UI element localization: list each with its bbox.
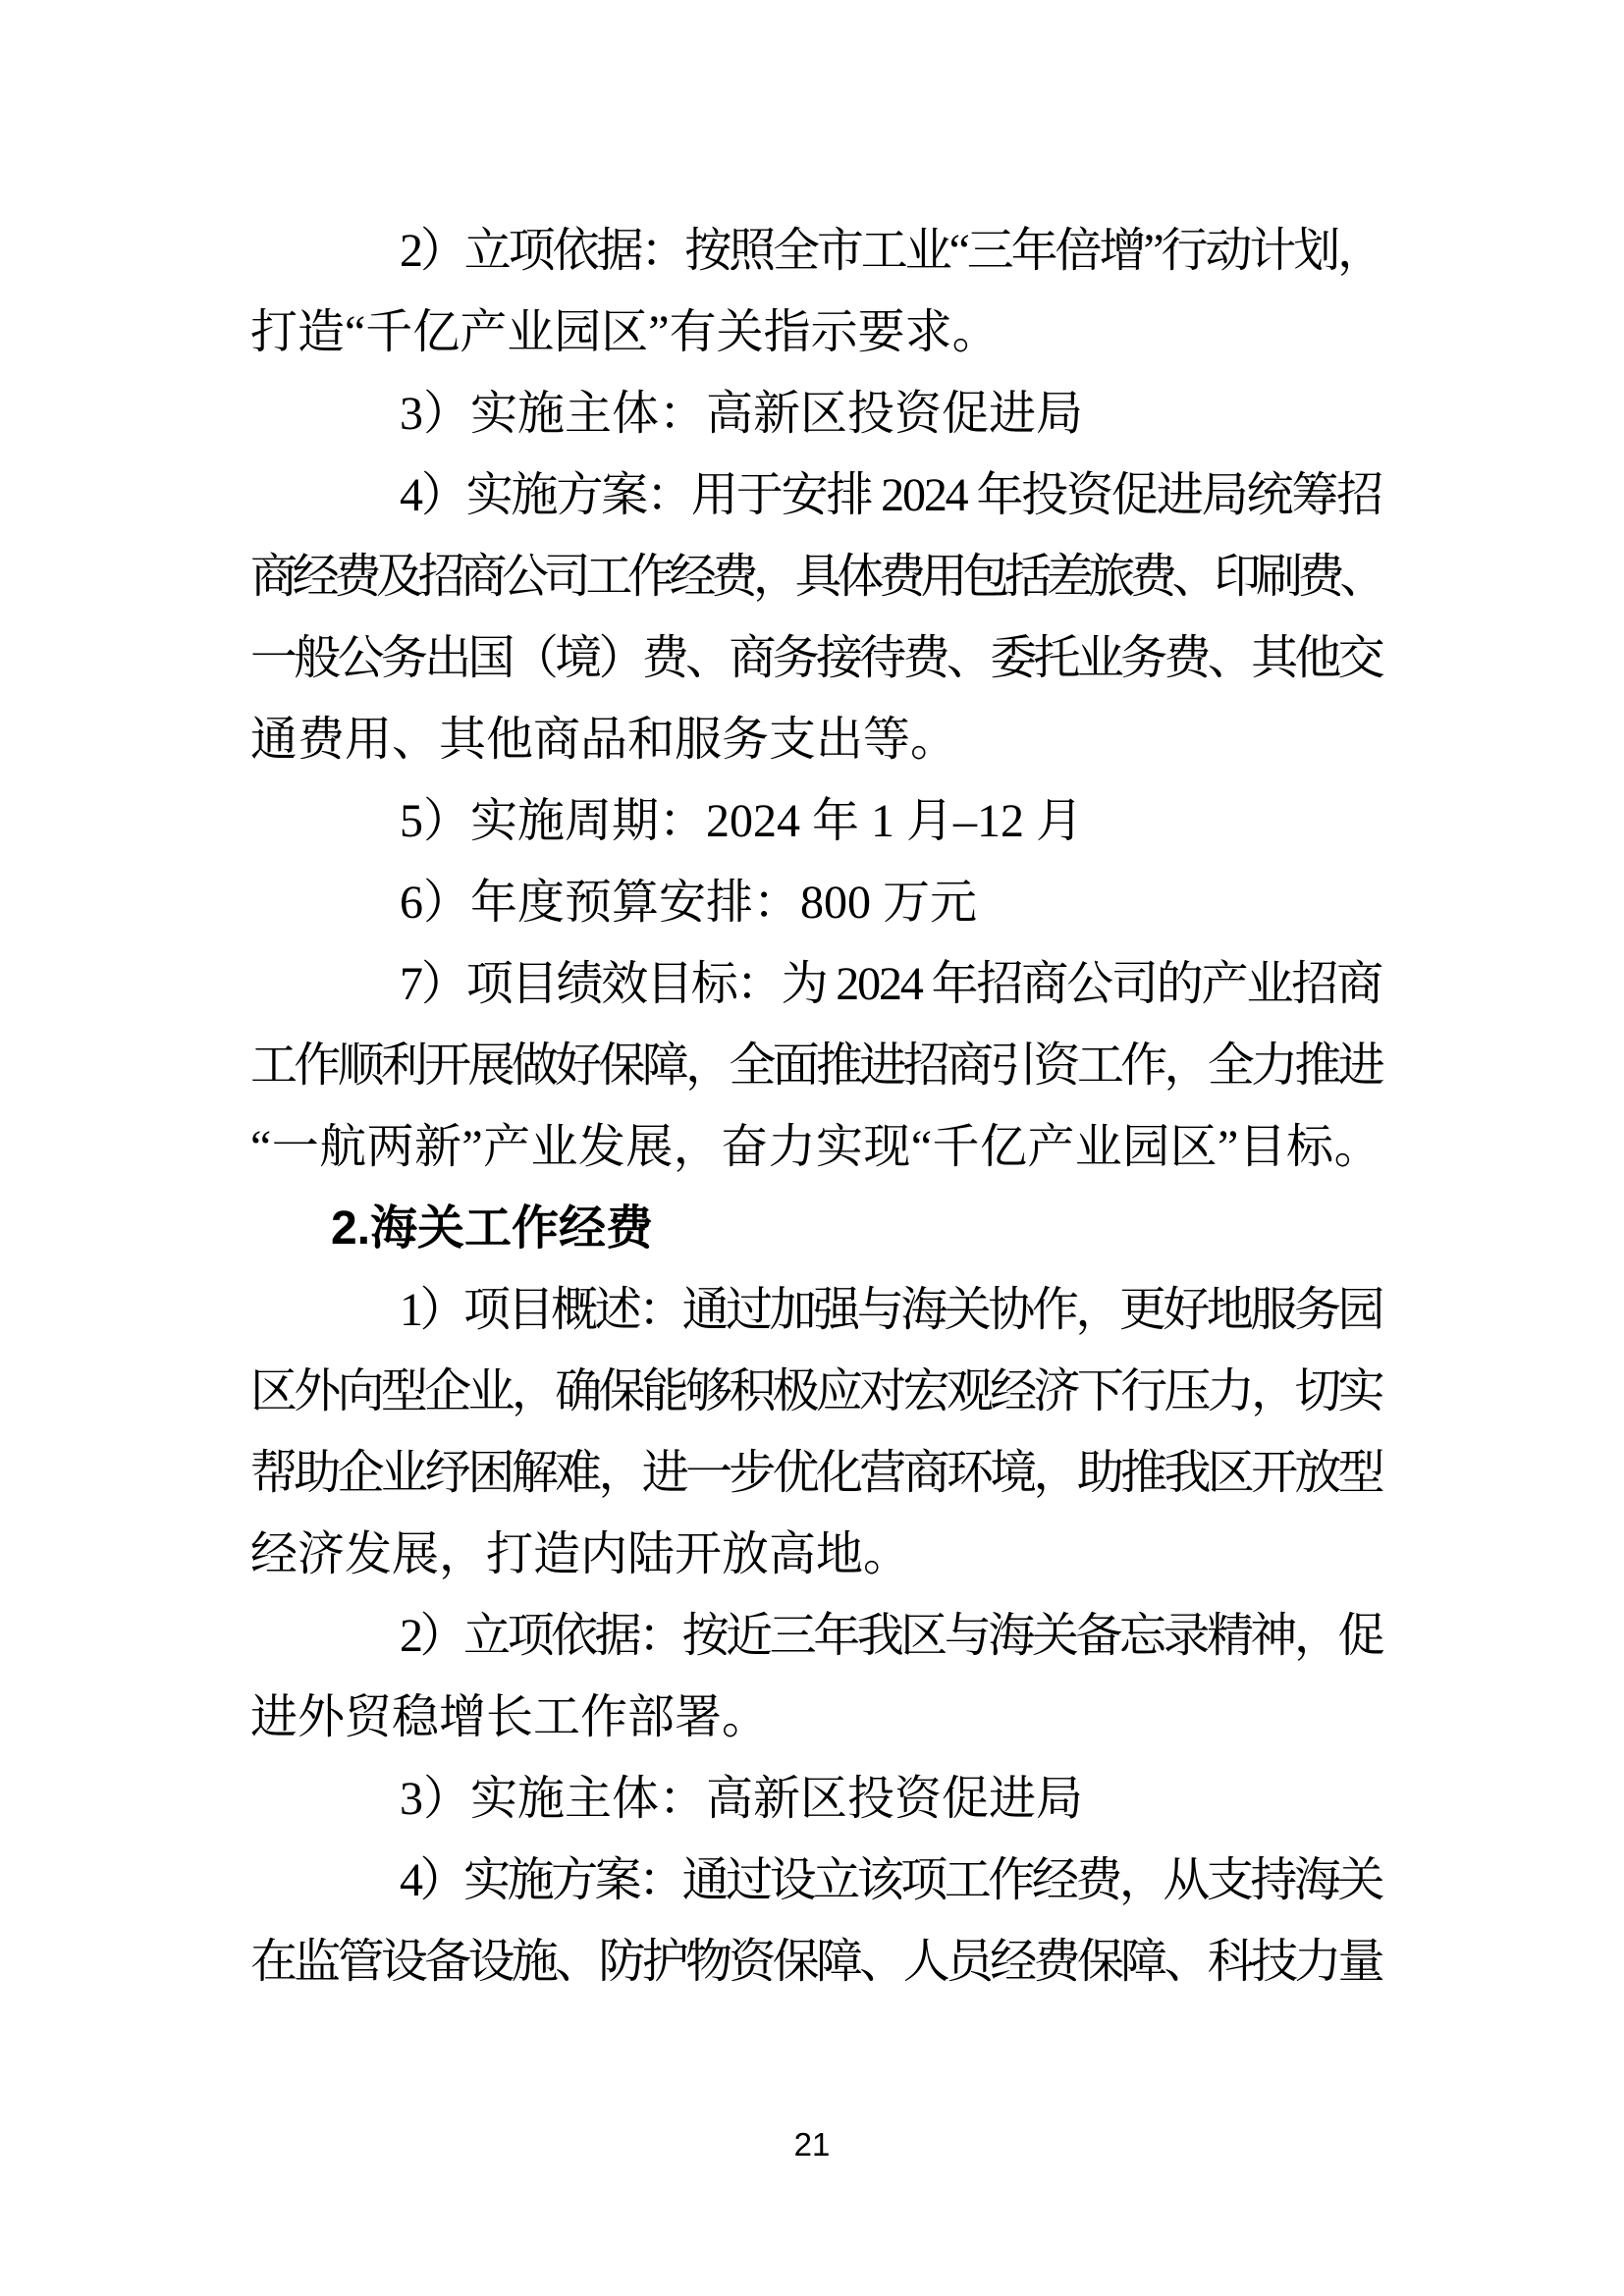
text-line-content: 打造“千亿产业园区”有关指示要求。: [250, 292, 1000, 373]
text-line: 进外贸稳增长工作部署。: [250, 1677, 1381, 1758]
text-line-content: 商经费及招商公司工作经费，具体费用包括差旅费、印刷费、: [250, 536, 1381, 617]
text-line: 区外向型企业，确保能够积极应对宏观经济下行压力，切实: [250, 1351, 1381, 1432]
text-line: 通费用、其他商品和服务支出等。: [250, 699, 1381, 780]
section-heading: 2.海关工作经费: [250, 1188, 1381, 1269]
text-line: 4）实施方案：通过设立该项工作经费，从支持海关: [250, 1840, 1381, 1921]
text-line: 一般公务出国（境）费、商务接待费、委托业务费、其他交: [250, 617, 1381, 699]
page-number: 21: [0, 2125, 1624, 2164]
text-line-content: 3）实施主体：高新区投资促进局: [400, 373, 1083, 454]
text-line: 3）实施主体：高新区投资促进局: [250, 373, 1381, 454]
text-line-content: 4）实施方案：用于安排 2024 年投资促进局统筹招: [400, 454, 1381, 536]
text-line: 工作顺利开展做好保障，全面推进招商引资工作，全力推进: [250, 1025, 1381, 1106]
text-line-content: 区外向型企业，确保能够积极应对宏观经济下行压力，切实: [250, 1351, 1381, 1432]
text-line-content: 在监管设备设施、防护物资保障、人员经费保障、科技力量: [250, 1921, 1381, 2002]
text-line-content: 工作顺利开展做好保障，全面推进招商引资工作，全力推进: [250, 1025, 1381, 1106]
text-line-content: 2）立项依据：按近三年我区与海关备忘录精神，促: [400, 1595, 1381, 1677]
text-line: 帮助企业纾困解难，进一步优化营商环境，助推我区开放型: [250, 1432, 1381, 1514]
text-line: 经济发展，打造内陆开放高地。: [250, 1514, 1381, 1595]
text-line: 2）立项依据：按照全市工业“三年倍增”行动计划，: [250, 210, 1381, 292]
text-line-content: “一航两新”产业发展，奋力实现“千亿产业园区”目标。: [250, 1106, 1381, 1188]
text-line-content: 经济发展，打造内陆开放高地。: [250, 1514, 910, 1595]
text-line-content: 3）实施主体：高新区投资促进局: [400, 1758, 1083, 1840]
text-line-content: 进外贸稳增长工作部署。: [250, 1677, 769, 1758]
text-line: 打造“千亿产业园区”有关指示要求。: [250, 292, 1381, 373]
text-line: 在监管设备设施、防护物资保障、人员经费保障、科技力量: [250, 1921, 1381, 2002]
text-line-content: 6）年度预算安排：800 万元: [400, 862, 977, 943]
text-line-content: 一般公务出国（境）费、商务接待费、委托业务费、其他交: [250, 617, 1381, 699]
text-line-content: 帮助企业纾困解难，进一步优化营商环境，助推我区开放型: [250, 1432, 1381, 1514]
text-line-content: 4）实施方案：通过设立该项工作经费，从支持海关: [400, 1840, 1381, 1921]
text-line-content: 5）实施周期：2024 年 1 月–12 月: [400, 780, 1083, 862]
text-line-content: 2.海关工作经费: [331, 1188, 653, 1269]
text-line-content: 2）立项依据：按照全市工业“三年倍增”行动计划，: [400, 210, 1381, 292]
text-line: 2）立项依据：按近三年我区与海关备忘录精神，促: [250, 1595, 1381, 1677]
text-line: 5）实施周期：2024 年 1 月–12 月: [250, 780, 1381, 862]
text-line: “一航两新”产业发展，奋力实现“千亿产业园区”目标。: [250, 1106, 1381, 1188]
text-line: 商经费及招商公司工作经费，具体费用包括差旅费、印刷费、: [250, 536, 1381, 617]
text-line: 3）实施主体：高新区投资促进局: [250, 1758, 1381, 1840]
text-line-content: 1）项目概述：通过加强与海关协作，更好地服务园: [400, 1269, 1381, 1351]
text-line: 1）项目概述：通过加强与海关协作，更好地服务园: [250, 1269, 1381, 1351]
text-line-content: 7）项目绩效目标：为 2024 年招商公司的产业招商: [400, 943, 1381, 1025]
document-page: 2）立项依据：按照全市工业“三年倍增”行动计划，打造“千亿产业园区”有关指示要求…: [0, 0, 1624, 2296]
document-body: 2）立项依据：按照全市工业“三年倍增”行动计划，打造“千亿产业园区”有关指示要求…: [250, 210, 1381, 2002]
text-line-content: 通费用、其他商品和服务支出等。: [250, 699, 957, 780]
text-line: 6）年度预算安排：800 万元: [250, 862, 1381, 943]
text-line: 4）实施方案：用于安排 2024 年投资促进局统筹招: [250, 454, 1381, 536]
text-line: 7）项目绩效目标：为 2024 年招商公司的产业招商: [250, 943, 1381, 1025]
